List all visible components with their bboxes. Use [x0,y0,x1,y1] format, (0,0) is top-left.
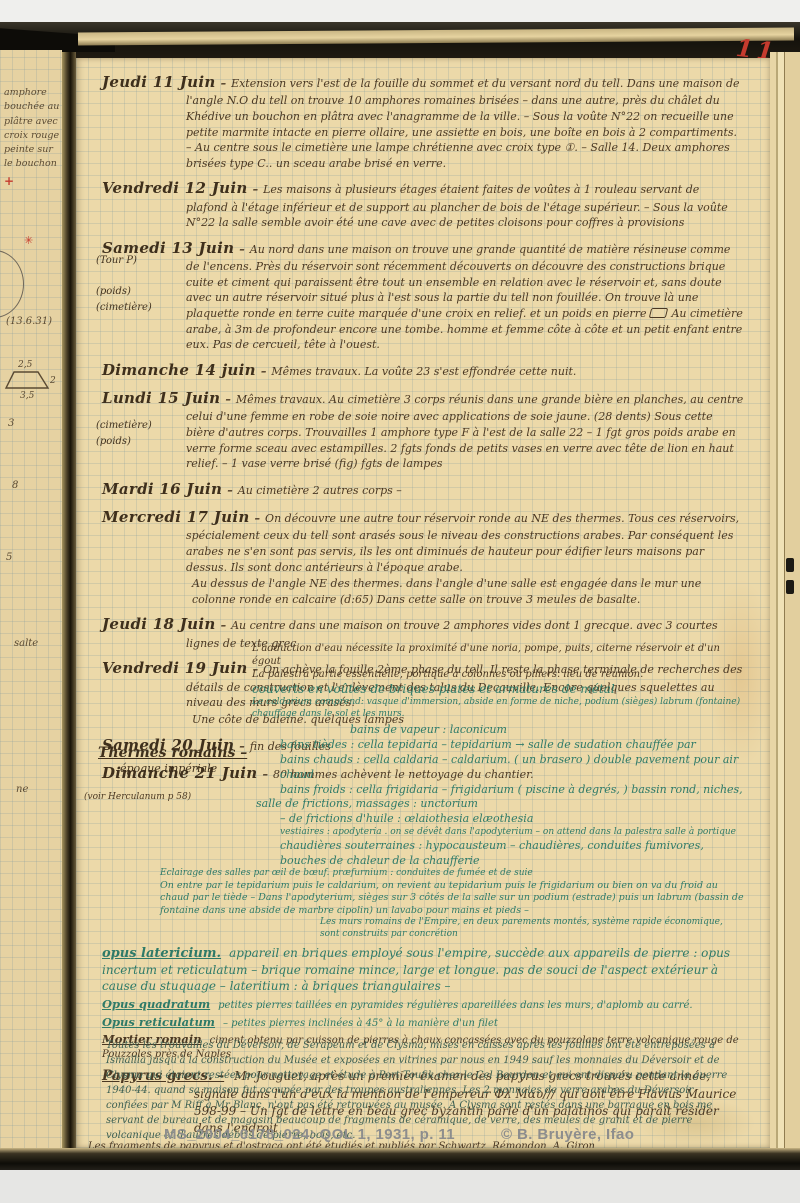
svg-text:2,5: 2,5 [17,360,33,370]
thermes-line: bains froids : cella frigidaria – frigid… [280,783,744,798]
section-subtitle: époque impériale [98,762,273,776]
entry-text: Au dessus de l'angle NE des thermes. dan… [192,576,744,607]
entry-text: Au cimetière 2 autres corps – [238,484,402,497]
opus-text: petites pierres taillées en pyramides ré… [218,1000,692,1011]
binding-gutter [62,52,76,1152]
opus-row: opus latericium.appareil en briques empl… [102,945,744,995]
entry-date: Jeudi 11 Juin [102,73,216,91]
date-separator: – [239,243,245,256]
date-separator: – [227,484,233,497]
entry-text: Les maisons à plusieurs étages étaient f… [186,183,728,229]
thermes-line: Eclairage des salles par œil de bœuf. pr… [160,868,744,880]
opus-row: Opus reticulatum– petites pierres inclin… [102,1015,744,1031]
entry-date: Mardi 16 Juin [102,480,222,498]
facing-page-edge: amphore bouchée au plâtre avec croix rou… [0,50,62,1150]
entry-margin-label: (poids) [96,286,131,297]
red-star-icon: ✳ [24,234,33,247]
stray-mark: 8 [12,480,18,491]
opus-row: Opus quadratumpetites pierres taillées e… [102,997,744,1013]
trapezoid-sketch: 2,5 2 3,5 [2,356,60,400]
opus-label: Opus quadratum [102,997,210,1011]
thermes-line: bains de vapeur : laconicum [280,723,744,738]
entry-text: Au nord dans une maison on trouve une gr… [186,243,730,320]
entry-text: Mêmes travaux. La voûte 23 s'est effondr… [271,365,576,378]
margin-date-note: (13.6.31) [6,316,52,328]
thermes-line: On entre par le tepidarium puis le calda… [160,880,744,917]
date-separator: – [261,365,267,378]
stone-weight-sketch [649,308,668,318]
stray-mark: 3 [8,418,14,429]
date-separator: – [221,77,227,90]
entry-margin-label: (Tour P) [96,255,137,266]
opus-label: opus latericium. [102,946,221,961]
journal-entry: Dimanche 14 juin–Mêmes travaux. La voûte… [102,360,744,381]
thermes-line: vestiaires : apodyteria . on se dévêt da… [280,827,744,839]
journal-entry: Mercredi 17 Juin–On découvre une autre t… [102,507,744,607]
edge-mark [786,558,794,572]
section-title: Thermes romains – [98,745,273,762]
circle-sketch [0,250,24,318]
entry-date: Lundi 15 Juin [102,389,220,407]
date-separator: – [225,393,231,406]
stray-mark: ne [16,784,28,795]
caption-id: MS_2004_0178_024: QOL 1, 1931, p. 11 [164,1126,455,1143]
entry-margin-label: (cimetière) [96,302,152,313]
journal-entry: Mardi 16 Juin–Au cimetière 2 autres corp… [102,479,744,500]
entry-margin-label: (cimetière) [96,420,152,431]
note-line: couverts en voûtes de briques plates et … [252,682,744,698]
thermes-section: Thermes romains – époque impériale (voir… [102,723,744,940]
note-line: Le caldarium comprend: vasque d'immersio… [252,697,744,721]
svg-text:3,5: 3,5 [20,391,35,400]
caption-credit: © B. Bruyère, Ifao [501,1126,634,1143]
thermes-line: Les murs romains de l'Empire, en deux pa… [280,917,744,940]
date-separator: – [255,512,261,525]
journal-page: Jeudi 11 Juin–Extension vers l'est de la… [76,58,770,1148]
entry-date: Mercredi 17 Juin [102,508,250,526]
opus-text: – petites pierres inclinées à 45° à la m… [223,1018,498,1029]
entry-text: On découvre une autre tour réservoir ron… [186,512,739,574]
entry-text: Extension vers l'est de la fouille du so… [186,77,740,170]
thermes-line: chaudières souterraines : hypocausteum –… [280,839,744,869]
entry-date: Dimanche 14 juin [102,361,256,379]
entry-date: Vendredi 12 Juin [102,179,248,197]
margin-note: amphore bouchée au plâtre avec croix rou… [4,86,60,190]
thermes-line: salle de frictions, massages : unctorium [256,797,744,812]
entry-margin-label: (poids) [96,436,131,447]
stray-mark: 5 [6,552,12,563]
margin-note-text: amphore bouchée au plâtre avec croix rou… [4,87,59,169]
note-line: La palestra partie essentielle, portique… [252,668,744,681]
section-reference: (voir Herculanum p 58) [84,792,273,803]
journal-entry: (Tour P) (poids) (cimetière) Samedi 13 J… [102,238,744,353]
notebook-bottom-edge [0,1148,800,1170]
notebook-scan: amphore bouchée au plâtre avec croix rou… [0,0,800,1203]
entry-text: Mêmes travaux. Au cimetière 3 corps réun… [186,393,743,470]
date-separator: – [221,619,227,632]
stray-mark: salte [14,638,38,649]
page-stack-edges [770,52,800,1152]
entry-date: Jeudi 18 Juin [102,615,216,633]
svg-text:2: 2 [49,376,56,386]
journal-entry: (cimetière) (poids) Lundi 15 Juin–Mêmes … [102,388,744,472]
journal-entry: Jeudi 11 Juin–Extension vers l'est de la… [102,72,744,171]
date-separator: – [253,183,259,196]
red-cross-icon: + [4,174,14,188]
journal-entry: Vendredi 12 Juin–Les maisons à plusieurs… [102,178,744,231]
opus-label: Opus reticulatum [102,1015,215,1029]
note-line: L'adduction d'eau nécessite la proximité… [252,642,744,668]
thermes-line: – de frictions d'huile : œlaiothesia elæ… [280,812,744,827]
archive-caption: MS_2004_0178_024: QOL 1, 1931, p. 11 © B… [164,1126,724,1143]
thermes-line: bains chauds : cella caldaria – caldariu… [280,753,744,783]
edge-mark [786,580,794,594]
thermes-line: bains tièdes : cella tepidaria – tepidar… [280,738,744,753]
scanner-background [0,1170,800,1203]
